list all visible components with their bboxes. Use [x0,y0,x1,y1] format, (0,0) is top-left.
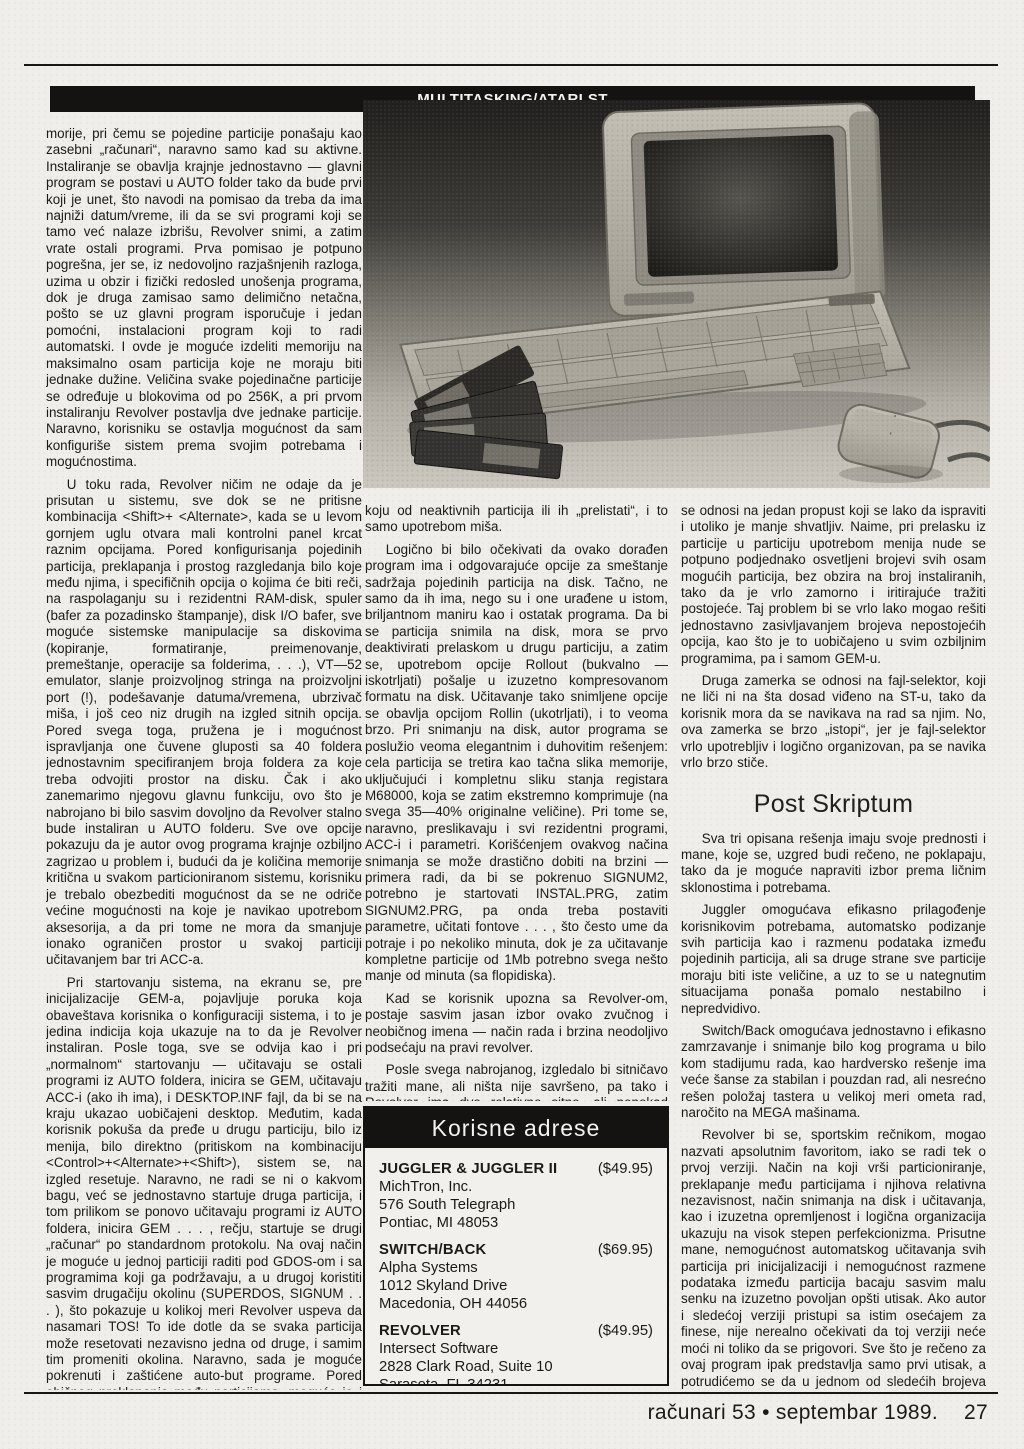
atari-st-photo [363,100,990,488]
paragraph: Posle svega nabrojanog, izgledalo bi sit… [365,1062,668,1101]
paragraph: koju od neaktivnih particija ili ih „pre… [365,503,668,536]
address-entry-header: REVOLVER ($49.95) [379,1322,653,1340]
address-line: MichTron, Inc. [379,1178,653,1196]
paragraph: Sva tri opisana rešenja imaju svoje pred… [681,831,986,897]
useful-addresses-box: Korisne adrese JUGGLER & JUGGLER II ($49… [363,1106,669,1386]
address-line: Sarasota, FL 34231 [379,1376,653,1386]
paragraph: se odnosi na jedan propust koji se lako … [681,503,986,667]
article-column-left: morije, pri čemu se pojedine particije p… [46,126,362,1390]
address-entry: JUGGLER & JUGGLER II ($49.95) MichTron, … [379,1160,653,1232]
address-line: 576 South Telegraph [379,1196,653,1214]
product-name: REVOLVER [379,1322,461,1340]
addresses-list: JUGGLER & JUGGLER II ($49.95) MichTron, … [365,1148,667,1386]
paragraph: morije, pri čemu se pojedine particije p… [46,126,362,471]
address-line: 1012 Skyland Drive [379,1277,653,1295]
paragraph: Revolver bi se, sportskim rečnikom, moga… [681,1127,986,1391]
address-line: Macedonia, OH 44056 [379,1295,653,1313]
paragraph: Pri startovanju sistema, na ekranu se, p… [46,975,362,1390]
address-line: Pontiac, MI 48053 [379,1214,653,1232]
atari-st-photo-illustration [363,100,990,488]
post-skriptum-heading: Post Skriptum [681,790,986,819]
article-column-middle: koju od neaktivnih particija ili ih „pre… [365,503,668,1101]
address-line: 2828 Clark Road, Suite 10 [379,1358,653,1376]
product-price: ($69.95) [598,1241,653,1259]
addresses-box-header: Korisne adrese [365,1108,667,1148]
address-entry-header: SWITCH/BACK ($69.95) [379,1241,653,1259]
addresses-box-title: Korisne adrese [432,1115,601,1142]
footer-rule [24,1392,998,1394]
magazine-page: MULTITASKING/ATARI ST morije, pri čemu s… [0,0,1024,1449]
address-entry: REVOLVER ($49.95) Intersect Software 282… [379,1322,653,1386]
address-line: Alpha Systems [379,1259,653,1277]
paragraph: Kad se korisnik upozna sa Revolver-om, p… [365,991,668,1057]
address-line: Intersect Software [379,1340,653,1358]
article-column-right: se odnosi na jedan propust koji se lako … [681,503,986,1391]
product-price: ($49.95) [598,1322,653,1340]
address-entry-header: JUGGLER & JUGGLER II ($49.95) [379,1160,653,1178]
paragraph: Logično bi bilo očekivati da ovako dorađ… [365,542,668,985]
page-number: 27 [964,1401,988,1424]
product-name: SWITCH/BACK [379,1241,486,1259]
top-rule [24,64,998,66]
paragraph: Druga zamerka se odnosi na fajl-selektor… [681,673,986,771]
product-name: JUGGLER & JUGGLER II [379,1160,557,1178]
product-price: ($49.95) [598,1160,653,1178]
paragraph: Juggler omogućava efikasno prilagođenje … [681,902,986,1017]
page-footer: računari 53 • septembar 1989.27 [648,1401,988,1425]
journal-issue-date: računari 53 • septembar 1989. [648,1401,938,1424]
address-entry: SWITCH/BACK ($69.95) Alpha Systems 1012 … [379,1241,653,1313]
paragraph: Switch/Back omogućava jednostavno i efik… [681,1023,986,1121]
paragraph: U toku rada, Revolver ničim ne odaje da … [46,477,362,969]
